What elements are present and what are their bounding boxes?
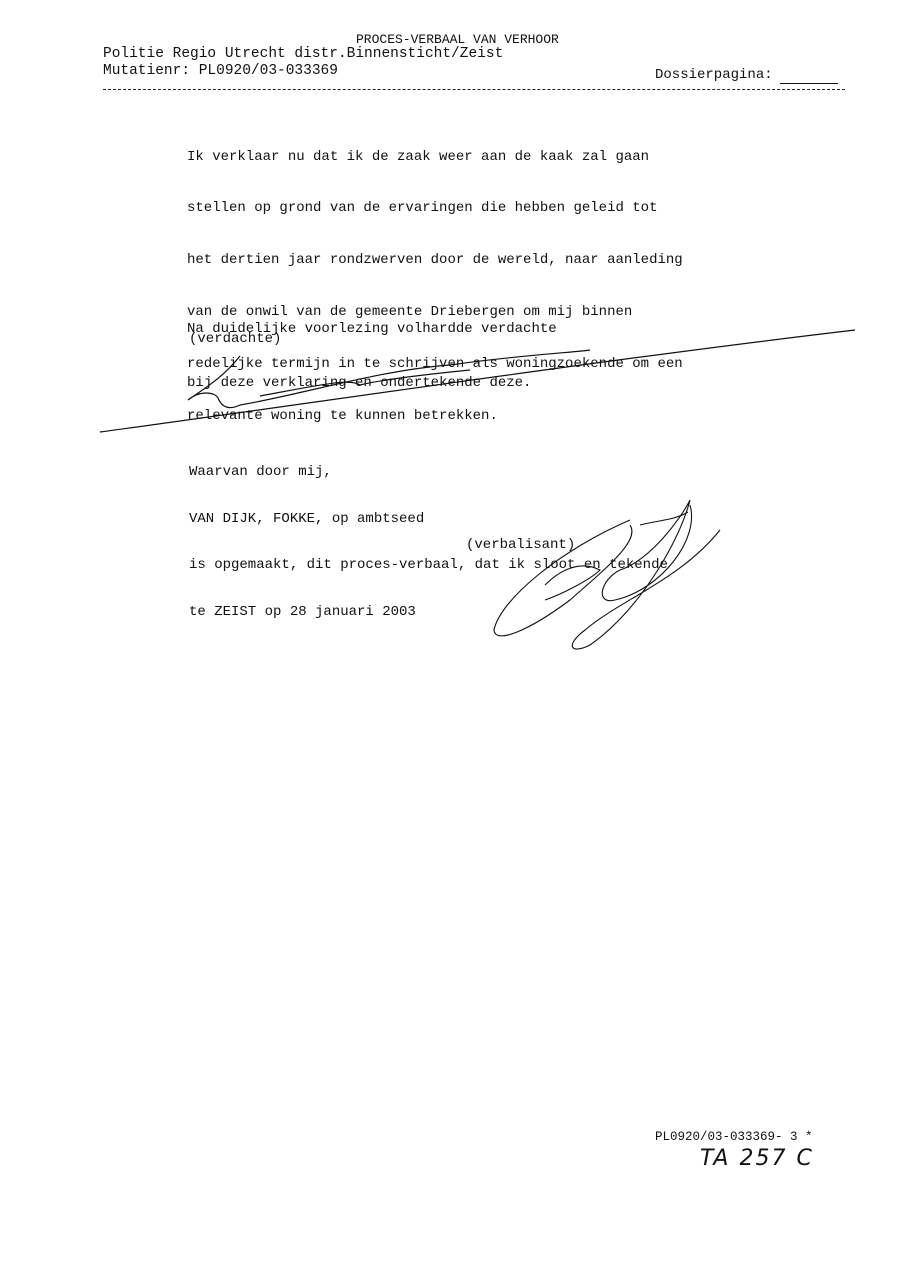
signatures-layer <box>0 0 900 1286</box>
handwritten-code: TA 257 C <box>700 1150 814 1167</box>
document-reference: PL0920/03-033369- 3 * <box>655 1129 813 1146</box>
suspect-signature <box>100 330 855 432</box>
officer-signature <box>494 500 720 649</box>
